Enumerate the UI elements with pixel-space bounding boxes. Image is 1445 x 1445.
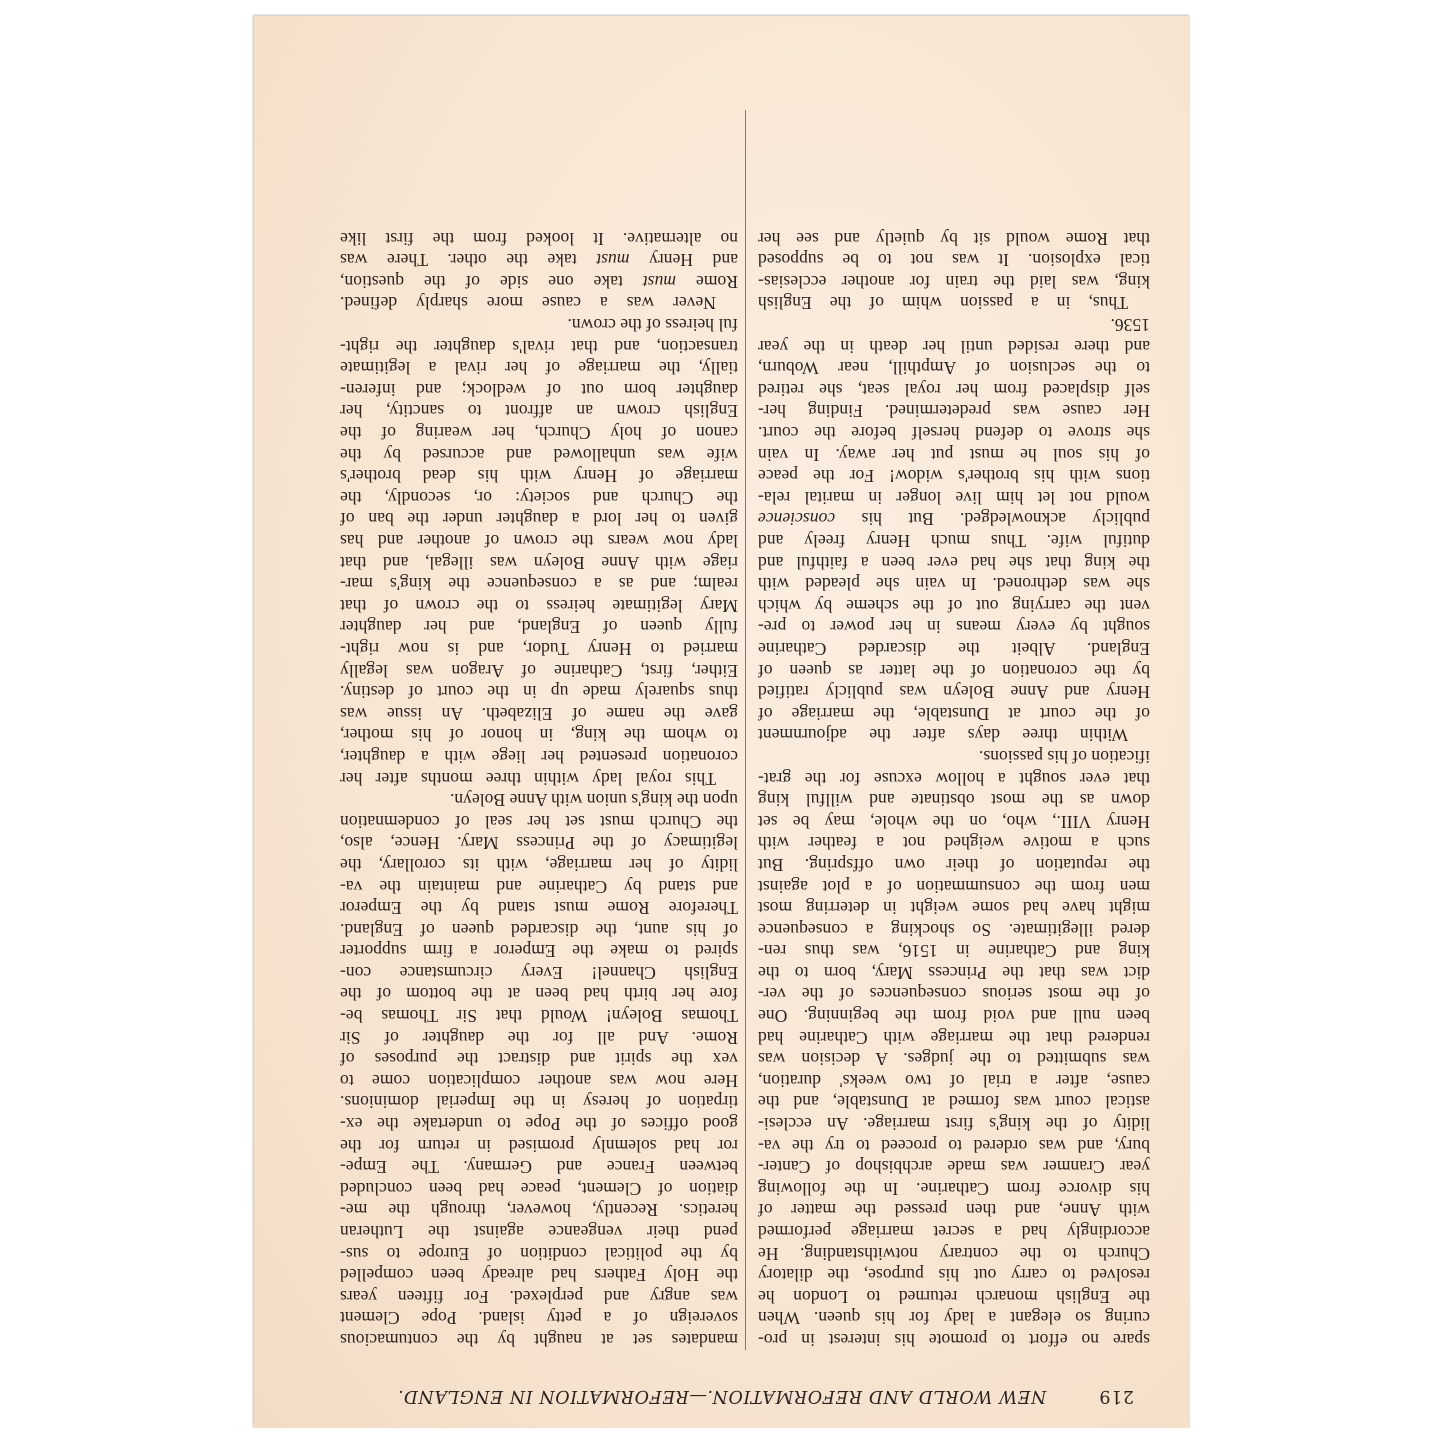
text-line: dutiful wife. Thus much Henry freely and	[758, 529, 1150, 551]
text-line: and there resided until her death in the…	[758, 335, 1150, 357]
text-line: king and Catharine in 1516, was thus ren…	[758, 940, 1150, 962]
text-line: canon of holy Church, her wearing of the	[340, 421, 738, 443]
text-line: might have had some weight in deterring …	[758, 897, 1150, 919]
text-line: his divorce from Catharine. In the follo…	[758, 1177, 1150, 1199]
text-line: and stand by Catharine and maintain the …	[340, 875, 738, 897]
text-line: Rome must take one side of the question,	[340, 270, 738, 292]
text-line: lidity of the king's first marriage. An …	[758, 1112, 1150, 1134]
text-line: accordingly had a secret marriage perfor…	[758, 1220, 1150, 1242]
text-line: bury, and was ordered to proceed to try …	[758, 1134, 1150, 1156]
text-line: dict was that the Princess Mary, born to…	[758, 961, 1150, 983]
text-line: vent the carrying out of the scheme by w…	[758, 594, 1150, 616]
text-line: ror had solemnly promised in return for …	[340, 1134, 738, 1156]
text-line: diation of Clement, peace had been concl…	[340, 1177, 738, 1199]
text-line: fore her birth had been at the bottom of…	[340, 983, 738, 1005]
text-line: Her cause was predetermined. Finding her…	[758, 400, 1150, 422]
text-line: tical explosion. It was not to be suppos…	[758, 249, 1150, 271]
text-line: tions with his brother's widow! For the …	[758, 465, 1150, 487]
text-line: ification of his passions.	[758, 745, 1150, 767]
text-column-1: spare no effort to promote his interest …	[758, 227, 1150, 1350]
text-line: Thomas Boleyn! Would that Sir Thomas be-	[340, 1005, 738, 1027]
running-head: NEW WORLD AND REFORMATION.—REFORMATION I…	[304, 1376, 1140, 1406]
text-line: married to Henry Tudor, and is now right…	[340, 637, 738, 659]
text-line: self displaced from her royal seat, she …	[758, 378, 1150, 400]
text-line: Church to the contrary notwithstanding. …	[758, 1242, 1150, 1264]
text-line: Here now was another complication come t…	[340, 1069, 738, 1091]
text-line: thus squarely made up in the court of de…	[340, 681, 738, 703]
text-line: upon the king's union with Anne Boleyn.	[340, 789, 738, 811]
text-line: sovereign of a petty island. Pope Clemen…	[340, 1307, 738, 1329]
text-line: Thus, in a passion whim of the English	[758, 292, 1150, 314]
text-line: men from the consummation of a plot agai…	[758, 875, 1150, 897]
text-line: realm; and as a consequence the king's m…	[340, 573, 738, 595]
text-line: marriage of Henry with his dead brother'…	[340, 465, 738, 487]
text-line: of his soul he must put her away. In vai…	[758, 443, 1150, 465]
text-line: was submitted to the judges. A decision …	[758, 1048, 1150, 1070]
text-line: transaction, and that rival's daughter t…	[340, 335, 738, 357]
text-line: down as the most obstinate and willful k…	[758, 789, 1150, 811]
running-head-title: NEW WORLD AND REFORMATION.—REFORMATION I…	[398, 1386, 1047, 1406]
text-line: the Holy Fathers had already been compel…	[340, 1264, 738, 1286]
text-line: with Anne, and then pressed the matter o…	[758, 1199, 1150, 1221]
text-line: rendered that the marriage with Catharin…	[758, 1026, 1150, 1048]
text-line: to whom the king, in honor of his mother…	[340, 724, 738, 746]
text-line: by the coronation of the latter as queen…	[758, 659, 1150, 681]
text-line: daughter born out of wedlock; and infere…	[340, 378, 738, 400]
text-line: ful heiress of the crown.	[340, 314, 738, 336]
text-line: she strove to defend herself before the …	[758, 421, 1150, 443]
text-line: astical court was formed at Dunstable, a…	[758, 1091, 1150, 1113]
text-line: lady now wears the crown of another and …	[340, 529, 738, 551]
text-line: was angry and perplexed. For fifteen yea…	[340, 1285, 738, 1307]
text-line: curing so elegant a lady for his queen. …	[758, 1307, 1150, 1329]
text-line: gave the name of Elizabeth. An issue was	[340, 702, 738, 724]
text-line: Mary legitimate heiress to the crown of …	[340, 594, 738, 616]
text-line: England. Albeit the discarded Catharine	[758, 637, 1150, 659]
text-line: resolved to carry out his purpose, the d…	[758, 1264, 1150, 1286]
text-line: between France and Germany. The Empe-	[340, 1156, 738, 1178]
page-number: 219	[1099, 1386, 1134, 1406]
text-line: 1536.	[758, 314, 1150, 336]
text-line: king, was laid the train for another ecc…	[758, 270, 1150, 292]
text-line: coronation presented her liege with a da…	[340, 745, 738, 767]
text-line: the reputation of their own offspring. B…	[758, 853, 1150, 875]
text-line: dered illegitimate. So shocking a conseq…	[758, 918, 1150, 940]
text-line: the king that she had ever been a faithf…	[758, 551, 1150, 573]
text-line: good offices of the Pope to undertake th…	[340, 1112, 738, 1134]
column-rule	[745, 110, 746, 1350]
text-line: pend their vengeance against the Luthera…	[340, 1220, 738, 1242]
text-line: the Church must set her seal of condemna…	[340, 810, 738, 832]
text-line: the English monarch returned to London h…	[758, 1285, 1150, 1307]
text-line: wife was unhallowed and accursed by the	[340, 443, 738, 465]
text-line: Never was a cause more sharply defined.	[340, 292, 738, 314]
text-line: year Cranmer was made archbishop of Cant…	[758, 1156, 1150, 1178]
text-line: been null and void from the beginning. O…	[758, 1005, 1150, 1027]
text-line: given to her lord a daughter under the b…	[340, 508, 738, 530]
text-line: the Church and society: or, secondly, th…	[340, 486, 738, 508]
text-line: tirpation of heresy in the Imperial domi…	[340, 1091, 738, 1113]
text-line: would not let him live longer in marital…	[758, 486, 1150, 508]
text-line: sought by every means in her power to pr…	[758, 616, 1150, 638]
text-line: English crown an affront to sanctity, he…	[340, 400, 738, 422]
text-line: of his aunt, the discarded queen of Engl…	[340, 918, 738, 940]
text-line: heretics. Recently, however, through the…	[340, 1199, 738, 1221]
book-page: NEW WORLD AND REFORMATION.—REFORMATION I…	[254, 16, 1190, 1428]
text-line: no alternative. It looked from the first…	[340, 227, 738, 249]
text-line: vex the spirit and distract the purposes…	[340, 1048, 738, 1070]
text-line: publicly acknowledged. But his conscienc…	[758, 508, 1150, 530]
text-line: Henry and Anne Boleyn was publicly ratif…	[758, 681, 1150, 703]
text-line: Within three days after the adjournment	[758, 724, 1150, 746]
text-line: and Henry must take the other. There was	[340, 249, 738, 271]
text-line: legitimacy of the Princess Mary. Hence, …	[340, 832, 738, 854]
text-line: spare no effort to promote his interest …	[758, 1328, 1150, 1350]
text-line: she was dethroned. In vain she pleaded w…	[758, 573, 1150, 595]
text-line: that ever sought a hollow excuse for the…	[758, 767, 1150, 789]
text-line: tially, the marriage of her rival a legi…	[340, 357, 738, 379]
text-line: Rome. And all for the daughter of Sir	[340, 1026, 738, 1048]
text-line: Henry VIII., who, on the whole, may be s…	[758, 810, 1150, 832]
text-line: cause, after a trial of two weeks' durat…	[758, 1069, 1150, 1091]
text-line: to the seclusion of Ampthill, near Wobur…	[758, 357, 1150, 379]
text-line: fully queen of England, and her daughter	[340, 616, 738, 638]
text-column-2: mandates set at naught by the contumacio…	[340, 227, 738, 1350]
text-line: mandates set at naught by the contumacio…	[340, 1328, 738, 1350]
text-line: that Rome would sit by quietly and see h…	[758, 227, 1150, 249]
text-line: by the political condition of Europe to …	[340, 1242, 738, 1264]
text-line: of the most serious consequences of the …	[758, 983, 1150, 1005]
text-line: riage with Anne Boleyn was illegal, and …	[340, 551, 738, 573]
text-line: of the court at Dunstable, the marriage …	[758, 702, 1150, 724]
text-line: Therefore Rome must stand by the Emperor	[340, 897, 738, 919]
text-line: such a motive weighed not a feather with	[758, 832, 1150, 854]
text-line: Either, first, Catharine of Aragon was l…	[340, 659, 738, 681]
text-line: spired to make the Emperor a firm suppor…	[340, 940, 738, 962]
text-line: This royal lady within three months afte…	[340, 767, 738, 789]
text-line: English Channel! Every circumstance con-	[340, 961, 738, 983]
text-line: lidity of her marriage, with its corolla…	[340, 853, 738, 875]
